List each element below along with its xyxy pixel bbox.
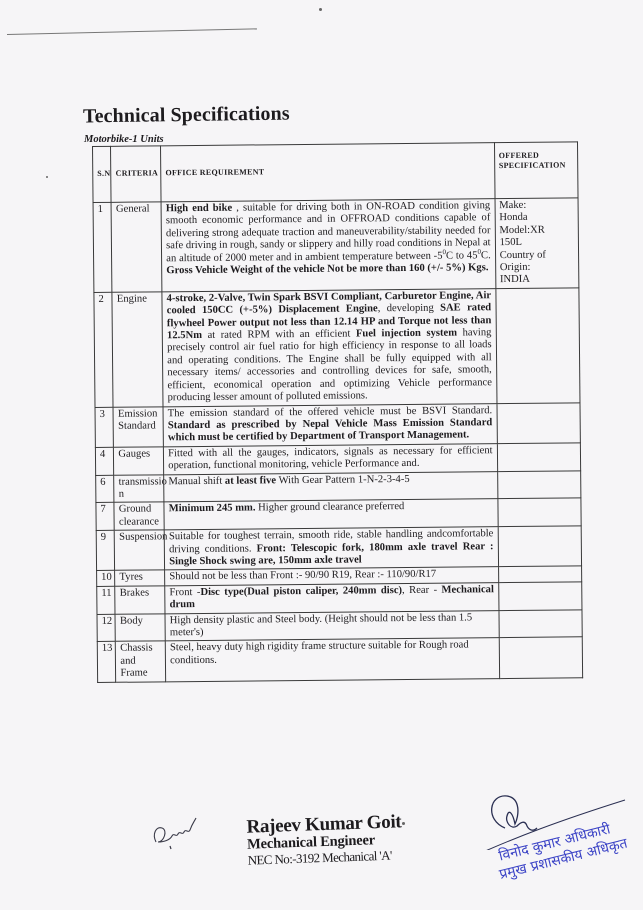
table-row: 9SuspensionSuitable for toughest terrain… bbox=[96, 526, 581, 571]
cell-sn: 12 bbox=[97, 614, 116, 642]
offered-line: Country of bbox=[500, 249, 574, 262]
requirement-text: High density plastic and Steel body. (He… bbox=[170, 612, 472, 638]
cell-sn: 10 bbox=[97, 571, 116, 587]
requirement-emphasis: Standard as prescribed by Nepal Vehicle … bbox=[168, 417, 493, 444]
cell-criteria: Ground clearance bbox=[114, 502, 164, 530]
signature-rajeev bbox=[150, 812, 200, 852]
requirement-emphasis: Fuel injection system bbox=[356, 328, 457, 340]
cell-offered-specification bbox=[498, 526, 582, 567]
cell-sn: 4 bbox=[95, 447, 114, 475]
scan-speck bbox=[319, 8, 322, 11]
scan-speck bbox=[402, 822, 405, 825]
cell-sn: 3 bbox=[95, 407, 114, 447]
table-row: 3Emission StandardThe emission standard … bbox=[95, 402, 580, 447]
page-title: Technical Specifications bbox=[83, 103, 290, 129]
cell-office-requirement: Minimum 245 mm. Higher ground clearance … bbox=[164, 499, 498, 530]
cell-office-requirement: Manual shift at least five With Gear Pat… bbox=[164, 471, 498, 502]
cell-offered-specification bbox=[497, 470, 581, 499]
scan-speck bbox=[46, 176, 48, 178]
scan-edge-line bbox=[7, 28, 257, 35]
requirement-text: , Rear - bbox=[402, 584, 442, 595]
requirement-text: Front - bbox=[169, 587, 200, 598]
cell-criteria: Body bbox=[115, 613, 165, 641]
cell-sn: 7 bbox=[96, 503, 115, 531]
cell-criteria: Brakes bbox=[115, 586, 165, 614]
cell-office-requirement: High density plastic and Steel body. (He… bbox=[165, 610, 499, 641]
offered-line: INDIA bbox=[500, 274, 574, 287]
table-row: 1GeneralHigh end bike , suitable for dri… bbox=[93, 198, 579, 292]
cell-criteria: transmissio n bbox=[114, 474, 164, 502]
table-subtitle: Motorbike-1 Units bbox=[84, 134, 164, 145]
cell-offered-specification bbox=[498, 582, 582, 611]
requirement-text: Manual shift bbox=[168, 475, 225, 487]
cell-office-requirement: Fitted with all the gauges, indicators, … bbox=[164, 443, 498, 474]
offered-line: Model:XR bbox=[499, 224, 573, 237]
table-row: 13Chassis and FrameSteel, heavy duty hig… bbox=[97, 637, 582, 682]
cell-offered-specification bbox=[498, 498, 582, 527]
header-office-requirement: OFFICE REQUIREMENT bbox=[161, 143, 495, 202]
header-offered-specification: OFFERED SPECIFICATION bbox=[494, 142, 578, 199]
requirement-text: , developing bbox=[378, 303, 441, 315]
requirement-emphasis: High end bike bbox=[166, 203, 232, 215]
cell-criteria: General bbox=[111, 202, 162, 292]
cell-sn: 2 bbox=[94, 292, 113, 407]
cell-offered-specification bbox=[498, 566, 582, 582]
cell-sn: 6 bbox=[96, 475, 115, 503]
requirement-text: Fitted with all the gauges, indicators, … bbox=[168, 445, 493, 472]
table-header-row: S.N CRITERIA OFFICE REQUIREMENT OFFERED … bbox=[93, 142, 579, 203]
requirement-text: Higher ground clearance preferred bbox=[255, 501, 404, 513]
cell-sn: 1 bbox=[93, 202, 112, 292]
table-row: 2Engine4-stroke, 2-Valve, Twin Spark BSV… bbox=[94, 288, 580, 407]
offered-line: Make: bbox=[499, 199, 573, 212]
table-body: 1GeneralHigh end bike , suitable for dri… bbox=[93, 198, 583, 682]
cell-offered-specification bbox=[499, 637, 583, 678]
cell-criteria: Suspension bbox=[115, 530, 165, 571]
engineer-stamp: Rajeev Kumar Goit Mechanical Engineer NE… bbox=[246, 812, 403, 867]
cell-offered-specification bbox=[497, 402, 581, 443]
requirement-text: With Gear Pattern 1-N-2-3-4-5 bbox=[276, 473, 410, 485]
offered-line: Origin: bbox=[500, 261, 574, 274]
cell-criteria: Engine bbox=[112, 292, 163, 407]
cell-office-requirement: 4-stroke, 2-Valve, Twin Spark BSVI Compl… bbox=[162, 288, 497, 406]
cell-sn: 9 bbox=[96, 530, 115, 570]
requirement-emphasis: Minimum 245 mm. bbox=[169, 503, 256, 515]
cell-office-requirement: Front -Disc type(Dual piston caliper, 24… bbox=[165, 582, 499, 613]
specifications-table: S.N CRITERIA OFFICE REQUIREMENT OFFERED … bbox=[92, 141, 583, 682]
header-criteria: CRITERIA bbox=[111, 146, 161, 202]
requirement-text: Steel, heavy duty high rigidity frame st… bbox=[170, 640, 469, 666]
cell-criteria: Emission Standard bbox=[113, 406, 163, 447]
cell-office-requirement: High end bike , suitable for driving bot… bbox=[161, 199, 495, 292]
requirement-emphasis: Disc type(Dual piston caliper, 240mm dis… bbox=[200, 585, 402, 598]
offered-line: 150L bbox=[500, 237, 574, 250]
cell-offered-specification bbox=[499, 609, 583, 638]
cell-office-requirement: The emission standard of the offered veh… bbox=[163, 403, 497, 446]
requirement-text: Should not be less than Front :- 90/90 R… bbox=[169, 569, 436, 583]
cell-sn: 11 bbox=[97, 586, 116, 614]
offered-line: Honda bbox=[499, 212, 573, 225]
cell-criteria: Chassis and Frame bbox=[116, 641, 166, 682]
cell-sn: 13 bbox=[97, 642, 116, 682]
header-sn: S.N bbox=[93, 146, 112, 202]
cell-offered-specification: Make:HondaModel:XR150LCountry ofOrigin:I… bbox=[495, 198, 579, 289]
requirement-emphasis: Gross Vehicle Weight of the vehicle Not … bbox=[166, 262, 488, 276]
requirement-emphasis: at least five bbox=[225, 475, 276, 486]
requirement-text: at rated RPM with an efficient bbox=[202, 329, 356, 341]
cell-office-requirement: Steel, heavy duty high rigidity frame st… bbox=[165, 638, 499, 681]
cell-offered-specification bbox=[496, 288, 580, 403]
cell-criteria: Tyres bbox=[115, 570, 165, 586]
cell-office-requirement: Suitable for toughest terrain, smooth ri… bbox=[164, 527, 498, 570]
cell-criteria: Gauges bbox=[114, 447, 164, 475]
cell-offered-specification bbox=[497, 443, 581, 472]
